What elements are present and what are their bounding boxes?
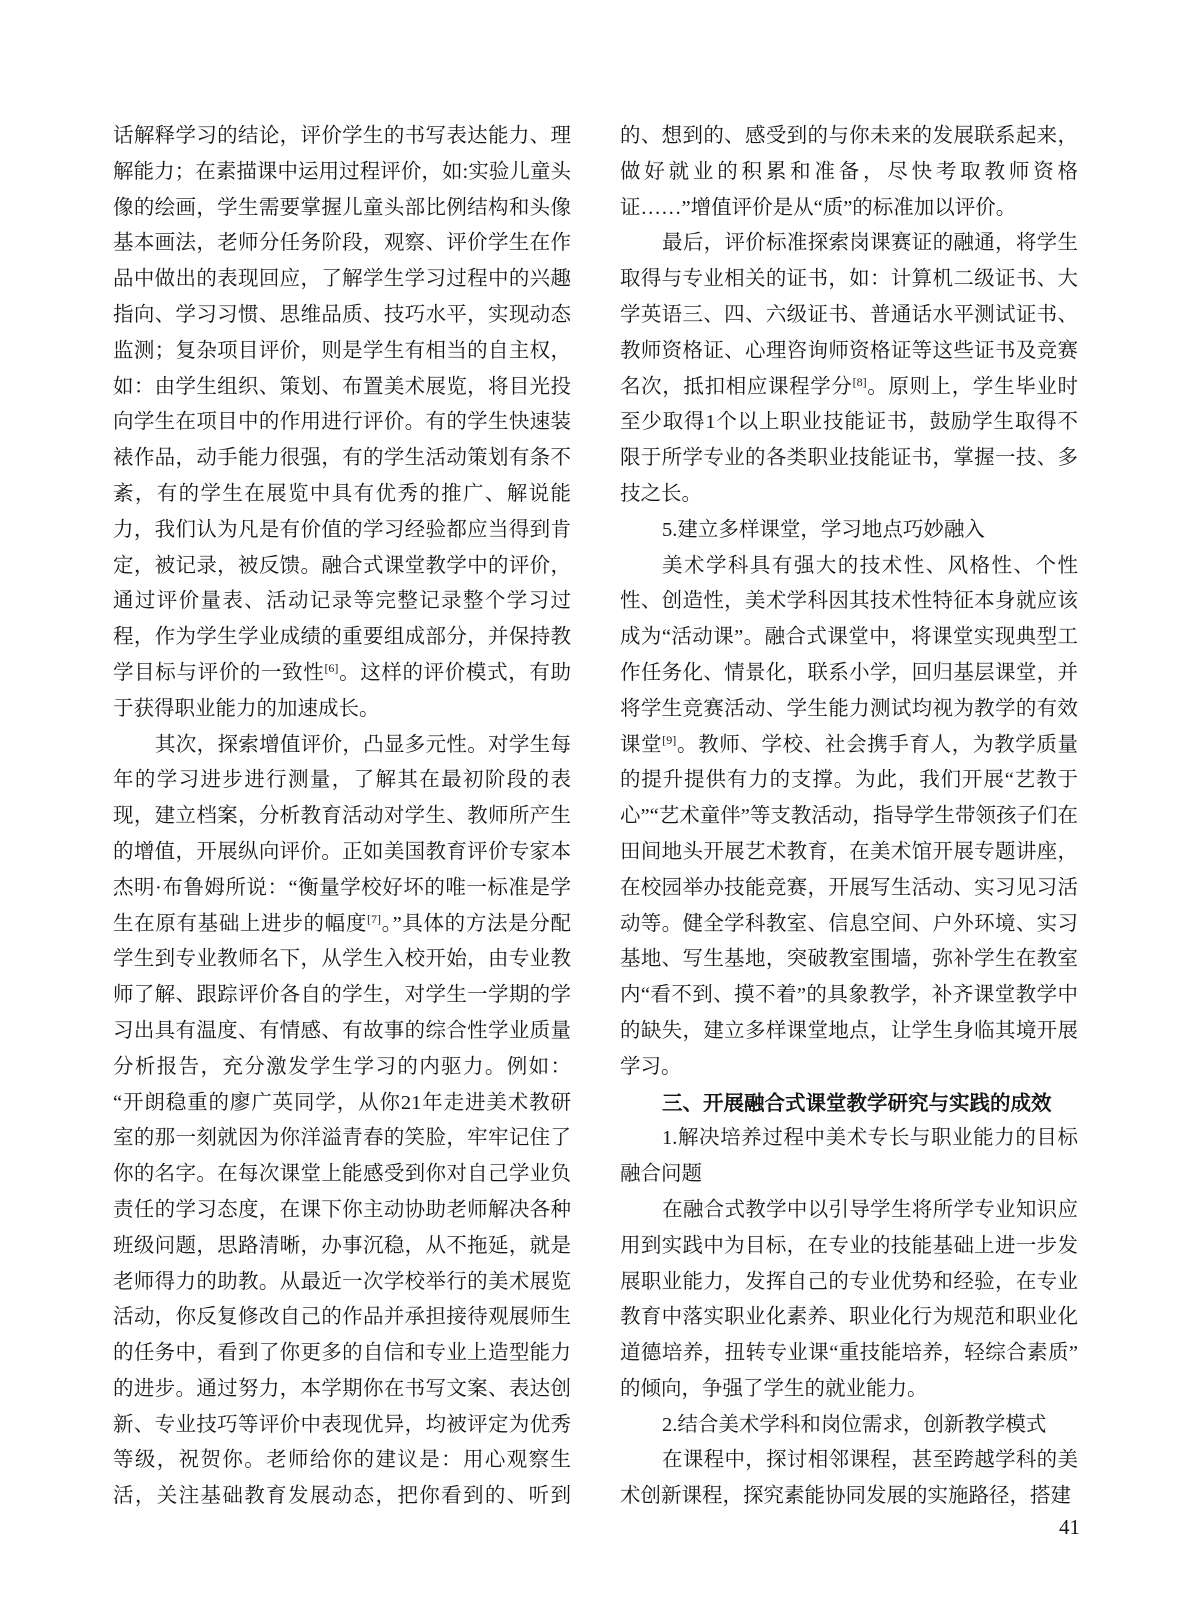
text-run: 话解释学习的结论，评价学生的书写表达能力、理解能力；在素描课中运用过程评价，如:… bbox=[113, 125, 571, 684]
text-run: 三、开展融合式课堂教学研究与实践的成效 bbox=[662, 1092, 1052, 1115]
body-paragraph: 在课程中，探讨相邻课程，甚至跨越学科的美术创新课程，探究素能协同发展的实施路径，… bbox=[620, 1443, 1078, 1515]
text-run: 。教师、学校、社会携手育人，为教学质量的提升提供有力的支撑。为此，我们开展“艺教… bbox=[620, 734, 1078, 1078]
citation-ref: [8] bbox=[853, 375, 867, 389]
article-body: 话解释学习的结论，评价学生的书写表达能力、理解能力；在素描课中运用过程评价，如:… bbox=[113, 119, 1078, 1519]
text-run: 1.解决培养过程中美术专长与职业能力的目标融合问题 bbox=[620, 1127, 1078, 1185]
text-run: 其次，探索增值评价，凸显多元性。对学生每年的学习进步进行测量，了解其在最初阶段的… bbox=[113, 734, 571, 935]
body-paragraph: 在融合式教学中以引导学生将所学专业知识应用到实践中为目标，在专业的技能基础上进一… bbox=[620, 1193, 1078, 1408]
citation-ref: [6] bbox=[324, 661, 338, 675]
citation-ref: [9] bbox=[662, 733, 676, 747]
body-paragraph: 2.结合美术学科和岗位需求，创新教学模式 bbox=[620, 1408, 1078, 1444]
section-heading: 三、开展融合式课堂教学研究与实践的成效 bbox=[620, 1086, 1078, 1122]
page-number: 41 bbox=[1059, 1512, 1080, 1542]
text-run: 在融合式教学中以引导学生将所学专业知识应用到实践中为目标，在专业的技能基础上进一… bbox=[620, 1199, 1078, 1400]
citation-ref: [7] bbox=[367, 912, 381, 926]
text-run: 美术学科具有强大的技术性、风格性、个性性、创造性，美术学科因其技术性特征本身就应… bbox=[620, 555, 1078, 756]
text-run: 最后，评价标准探索岗课赛证的融通，将学生取得与专业相关的证书，如：计算机二级证书… bbox=[620, 232, 1078, 397]
paper-page: 话解释学习的结论，评价学生的书写表达能力、理解能力；在素描课中运用过程评价，如:… bbox=[0, 0, 1191, 1616]
text-run: 5.建立多样课堂，学习地点巧妙融入 bbox=[662, 519, 985, 541]
body-paragraph: 美术学科具有强大的技术性、风格性、个性性、创造性，美术学科因其技术性特征本身就应… bbox=[620, 549, 1078, 1086]
text-run: 2.结合美术学科和岗位需求，创新教学模式 bbox=[662, 1414, 1046, 1436]
text-run: 在课程中，探讨相邻课程，甚至跨越学科的美术创新课程，探究素能协同发展的实施路径，… bbox=[620, 1449, 1078, 1507]
body-paragraph: 话解释学习的结论，评价学生的书写表达能力、理解能力；在素描课中运用过程评价，如:… bbox=[113, 119, 571, 728]
body-paragraph: 1.解决培养过程中美术专长与职业能力的目标融合问题 bbox=[620, 1121, 1078, 1193]
body-paragraph: 5.建立多样课堂，学习地点巧妙融入 bbox=[620, 513, 1078, 549]
body-paragraph: 最后，评价标准探索岗课赛证的融通，将学生取得与专业相关的证书，如：计算机二级证书… bbox=[620, 226, 1078, 512]
